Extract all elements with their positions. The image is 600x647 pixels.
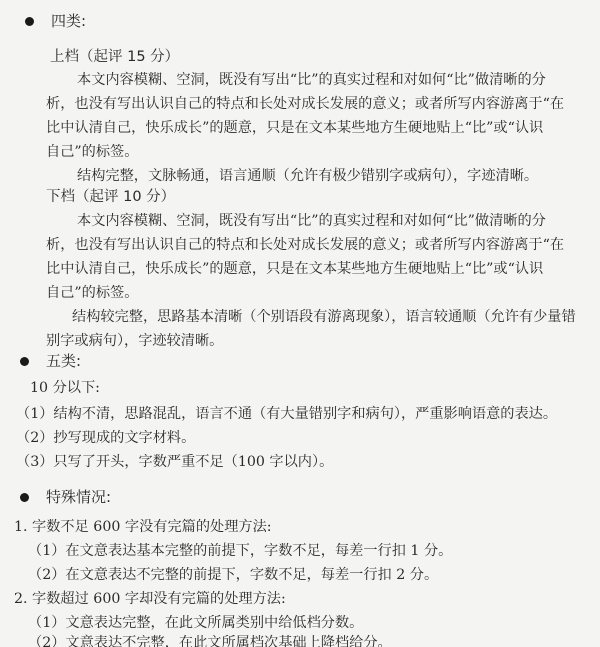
- five-intro: 10 分以下:: [30, 378, 100, 398]
- bullet-icon: [20, 357, 29, 366]
- upper-p1-l1: 本文内容模糊、空洞，既没有写出“比”的真实过程和对如何“比”做清晰的分: [77, 70, 546, 90]
- lower-p1-l2: 析，也没有写出认识自己的特点和长处对成长发展的意义；或者所写内容游离于“在: [46, 235, 564, 255]
- lower-tier-title: 下档（起评 10 分）: [46, 187, 175, 207]
- case2-item-2: （2）文意表达不完整，在此文所属档次基础上降档给分。: [28, 633, 392, 647]
- section-heading-special: 特殊情况:: [46, 487, 111, 507]
- lower-p2-l1: 结构较完整，思路基本清晰（个别语段有游离现象），语言较通顺（允许有少量错: [72, 307, 576, 327]
- section-heading-five: 五类:: [46, 351, 81, 371]
- five-item-3: （3）只写了开头，字数严重不足（100 字以内）。: [16, 452, 333, 472]
- upper-p1-l3: 比中认清自己，快乐成长”的题意，只是在文本某些地方生硬地贴上“比”或“认识: [46, 118, 543, 138]
- case1-title: 1. 字数不足 600 字没有完篇的处理方法:: [14, 517, 272, 537]
- case1-item-2: （2）在文意表达不完整的前提下，字数不足，每差一行扣 2 分。: [28, 565, 438, 585]
- case1-item-1: （1）在文意表达基本完整的前提下，字数不足，每差一行扣 1 分。: [28, 541, 452, 561]
- section-heading-four: 四类:: [51, 11, 86, 31]
- upper-p2: 结构完整，文脉畅通，语言通顺（允许有极少错别字或病句），字迹清晰。: [77, 166, 538, 186]
- case2-item-1: （1）文意表达完整，在此文所属类别中给低档分数。: [28, 613, 363, 633]
- upper-p1-l2: 析，也没有写出认识自己的特点和长处对成长发展的意义；或者所写内容游离于“在: [46, 94, 564, 114]
- upper-tier-title: 上档（起评 15 分）: [50, 47, 179, 67]
- bullet-icon: [20, 493, 29, 502]
- lower-p1-l1: 本文内容模糊、空洞，既没有写出“比”的真实过程和对如何“比”做清晰的分: [77, 211, 546, 231]
- lower-p2-l2: 别字或病句），字迹较清晰。: [46, 331, 223, 351]
- case2-title: 2. 字数超过 600 字却没有完篇的处理方法:: [14, 589, 286, 609]
- five-item-1: （1）结构不清，思路混乱，语言不通（有大量错别字和病句），严重影响语意的表达。: [16, 404, 557, 424]
- lower-p1-l4: 自己”的标签。: [46, 283, 138, 303]
- lower-p1-l3: 比中认清自己，快乐成长”的题意，只是在文本某些地方生硬地贴上“比”或“认识: [46, 259, 543, 279]
- bullet-icon: [25, 17, 34, 26]
- upper-p1-l4: 自己”的标签。: [46, 142, 138, 162]
- five-item-2: （2）抄写现成的文字材料。: [16, 428, 195, 448]
